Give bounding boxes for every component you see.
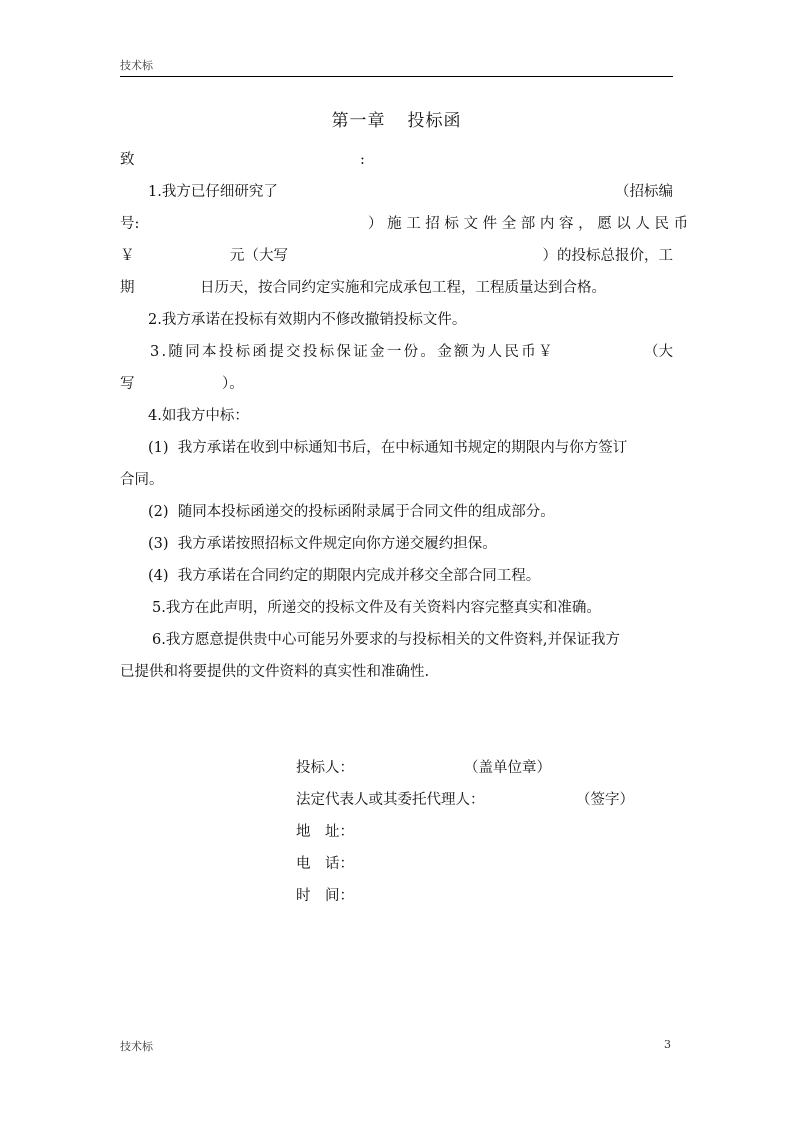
page-header: 技术标 — [120, 57, 153, 73]
text: ）的投标总报价，工 — [543, 246, 674, 266]
para3-line2: 写 ）。 — [120, 374, 673, 394]
chapter-label: 第一章 — [332, 111, 386, 131]
salutation-colon: : — [360, 150, 365, 170]
text: 3.随同本投标函提交投标保证金一份。金额为人民币￥ — [120, 344, 555, 360]
item-number: (3) — [148, 536, 169, 552]
salutation: 致 : — [120, 150, 673, 170]
para2: 2.我方承诺在投标有效期内不修改撤销投标文件。 — [120, 310, 701, 330]
address-line: 地 址： — [296, 822, 656, 842]
salutation-prefix: 致 — [120, 152, 135, 168]
para5: 5.我方在此声明，所递交的投标文件及有关资料内容完整真实和准确。 — [120, 598, 705, 618]
page-title: 第一章投标函 — [0, 106, 793, 131]
para4-item-4: (4) 我方承诺在合同约定的期限内完成并移交全部合同工程。 — [120, 566, 701, 586]
text: 1.我方已仔细研究了 — [120, 182, 278, 202]
para1-line4: 期 日历天，按合同约定实施和完成承包工程，工程质量达到合格。 — [120, 278, 673, 298]
para4-item-1-cont: 合同。 — [120, 470, 673, 490]
text: 写 — [120, 376, 135, 392]
text: （招标编 — [615, 182, 673, 202]
text: 期 — [120, 280, 135, 296]
para4-item-1: (1) 我方承诺在收到中标通知书后，在中标通知书规定的期限内与你方签订 — [120, 438, 701, 458]
item-text: 我方承诺按照招标文件规定向你方递交履约担保。 — [178, 536, 497, 552]
time-line: 时 间： — [296, 886, 656, 906]
bidder-seal-note: （盖单位章） — [464, 758, 551, 778]
para6-line1: 6.我方愿意提供贵中心可能另外要求的与投标相关的文件资料,并保证我方 — [120, 630, 705, 650]
item-text: 我方承诺在收到中标通知书后，在中标通知书规定的期限内与你方签订 — [178, 440, 628, 456]
item-text: 随同本投标函递交的投标函附录属于合同文件的组成部分。 — [178, 504, 555, 520]
signature-note: （签字） — [576, 790, 634, 810]
representative-label: 法定代表人或其委托代理人： — [296, 792, 485, 808]
para1-line3: ￥ 元（大写 ）的投标总报价，工 — [120, 246, 673, 266]
para3-line1: 3.随同本投标函提交投标保证金一份。金额为人民币￥ （大 — [120, 342, 673, 362]
phone-line: 电 话： — [296, 854, 656, 874]
para1-line1: 1.我方已仔细研究了 （招标编 — [120, 182, 673, 202]
text: （大 — [644, 342, 673, 362]
para4-heading: 4.如我方中标： — [120, 406, 701, 426]
bidder-label: 投标人： — [296, 760, 354, 776]
para6-line2: 已提供和将要提供的文件资料的真实性和准确性. — [120, 662, 673, 682]
item-text: 我方承诺在合同约定的期限内完成并移交全部合同工程。 — [178, 568, 541, 584]
text: 日历天，按合同约定实施和完成承包工程，工程质量达到合格。 — [200, 278, 606, 298]
item-number: (4) — [148, 568, 169, 584]
text: ）。 — [222, 374, 244, 394]
text: ）施工招标文件全部内容，愿以人民币 — [368, 214, 693, 234]
page-footer: 技术标 — [120, 1038, 153, 1054]
item-number: (2) — [148, 504, 169, 520]
para1-line2: 号: ）施工招标文件全部内容，愿以人民币 — [120, 214, 673, 234]
header-divider — [120, 76, 673, 77]
yen-symbol: ￥ — [120, 248, 135, 264]
page-number: 3 — [664, 1038, 671, 1051]
chapter-name: 投标函 — [408, 111, 462, 131]
bidder-line: 投标人： （盖单位章） — [296, 758, 656, 778]
item-number: (1) — [148, 440, 169, 456]
text: 元（大写 — [230, 246, 288, 266]
text: 号: — [120, 216, 139, 232]
representative-line: 法定代表人或其委托代理人： （签字） — [296, 790, 656, 810]
para4-item-2: (2) 随同本投标函递交的投标函附录属于合同文件的组成部分。 — [120, 502, 701, 522]
para4-item-3: (3) 我方承诺按照招标文件规定向你方递交履约担保。 — [120, 534, 701, 554]
